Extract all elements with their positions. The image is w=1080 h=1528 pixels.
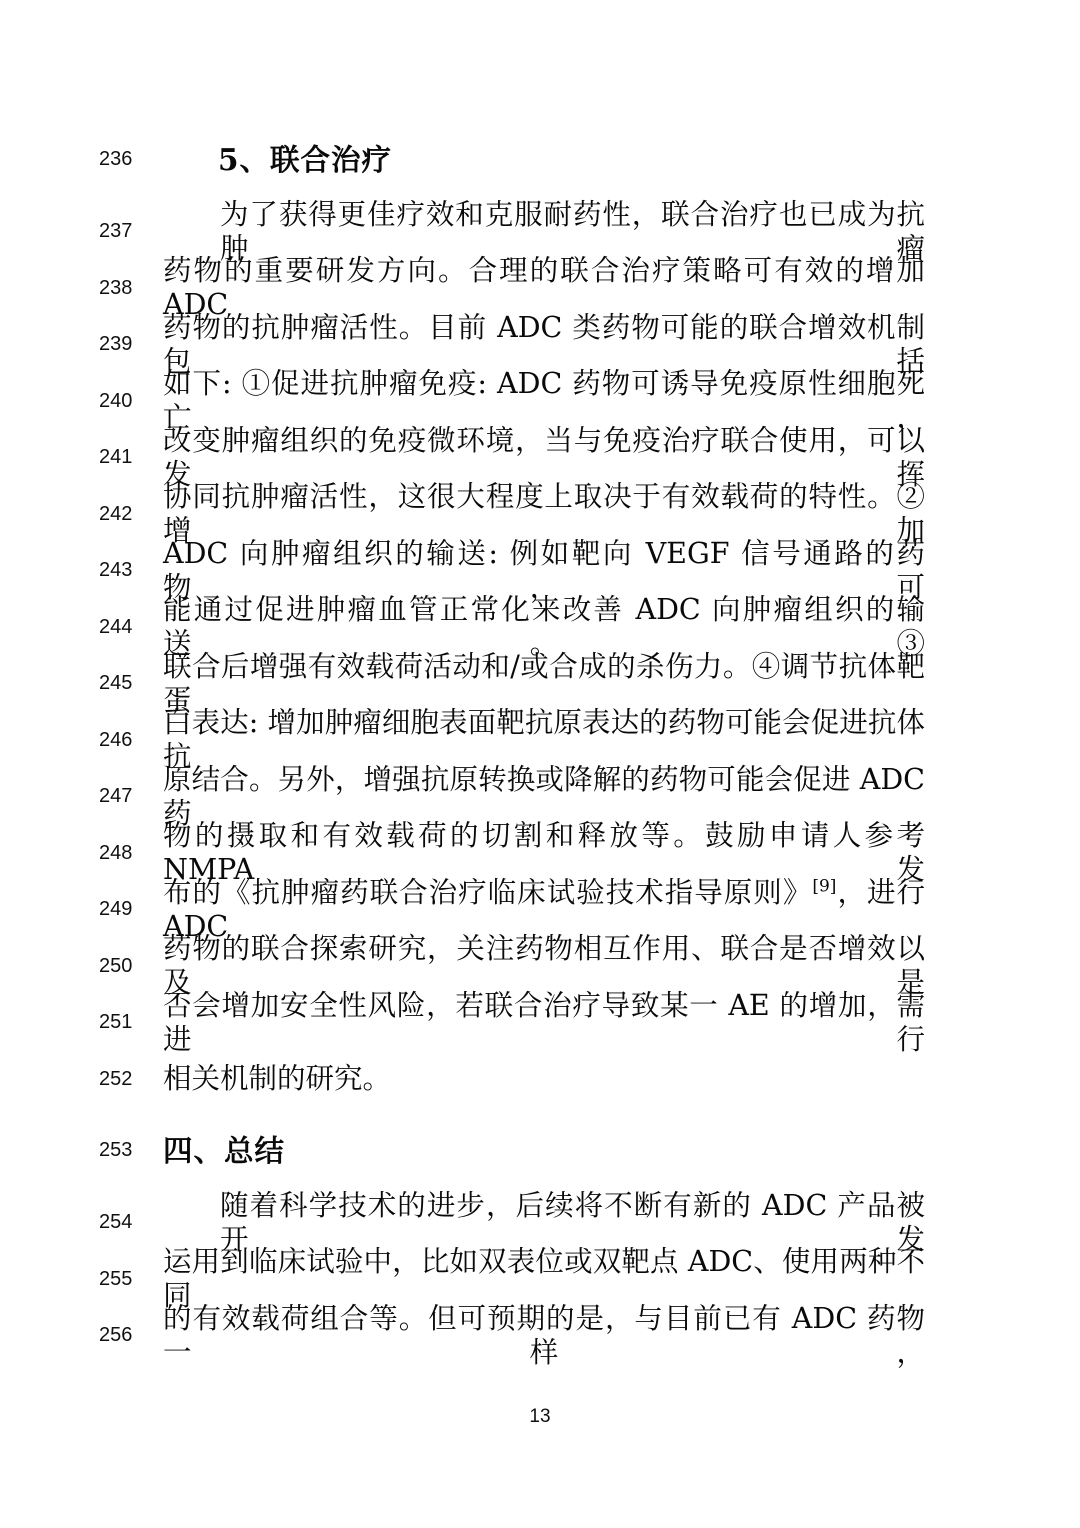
line-number: 237 bbox=[99, 220, 143, 243]
line-number: 256 bbox=[99, 1324, 143, 1347]
section-heading: 5、联合治疗 bbox=[163, 142, 925, 177]
line-number: 248 bbox=[99, 842, 143, 865]
line-number: 243 bbox=[99, 559, 143, 582]
text-line-row: 243 ADC 向肿瘤组织的输送: 例如靶向 VEGF 信号通路的药物，可 bbox=[0, 543, 1080, 600]
line-number: 242 bbox=[99, 503, 143, 526]
line-number: 236 bbox=[99, 148, 143, 171]
line-number: 246 bbox=[99, 729, 143, 752]
section-heading-row: 236 5、联合治疗 bbox=[0, 131, 1080, 188]
text-line-row: 237 为了获得更佳疗效和克服耐药性，联合治疗也已成为抗肿瘤 bbox=[0, 204, 1080, 261]
text-line-row: 252 相关机制的研究。 bbox=[0, 1051, 1080, 1108]
text-line-row: 244 能通过促进肿瘤血管正常化来改善 ADC 向肿瘤组织的输送。③ bbox=[0, 599, 1080, 656]
text-line-row: 238 药物的重要研发方向。合理的联合治疗策略可有效的增加 ADC bbox=[0, 260, 1080, 317]
text-line-row: 242 协同抗肿瘤活性，这很大程度上取决于有效载荷的特性。②增加 bbox=[0, 486, 1080, 543]
text-line-row: 251 否会增加安全性风险，若联合治疗导致某一 AE 的增加，需进行 bbox=[0, 995, 1080, 1052]
text-line-row: 241 改变肿瘤组织的免疫微环境，当与免疫治疗联合使用，可以发挥 bbox=[0, 430, 1080, 487]
line-number: 241 bbox=[99, 446, 143, 469]
body-text: 相关机制的研究。 bbox=[163, 1062, 925, 1096]
text-line-row-with-citation: 249 布的《抗肿瘤药联合治疗临床试验技术指导原则》[9]，进行 ADC bbox=[0, 882, 1080, 939]
line-number: 249 bbox=[99, 898, 143, 921]
text-line-row: 246 白表达: 增加肿瘤细胞表面靶抗原表达的药物可能会促进抗体抗 bbox=[0, 712, 1080, 769]
text-line-row: 248 物的摄取和有效载荷的切割和释放等。鼓励申请人参考 NMPA 发 bbox=[0, 825, 1080, 882]
text-line-row: 254 随着科学技术的进步，后续将不断有新的 ADC 产品被开发 bbox=[0, 1195, 1080, 1252]
line-number: 247 bbox=[99, 785, 143, 808]
line-number: 250 bbox=[99, 955, 143, 978]
text-line-row: 240 如下: ①促进抗肿瘤免疫: ADC 药物可诱导免疫原性细胞死亡， bbox=[0, 373, 1080, 430]
body-text: 的有效载荷组合等。但可预期的是，与目前已有 ADC 药物一样， bbox=[163, 1302, 925, 1370]
text-line-row: 247 原结合。另外，增强抗原转换或降解的药物可能会促进 ADC 药 bbox=[0, 769, 1080, 826]
line-number: 251 bbox=[99, 1011, 143, 1034]
line-number: 254 bbox=[99, 1211, 143, 1234]
body-text-segment: 布的《抗肿瘤药联合治疗临床试验技术指导原则》 bbox=[163, 876, 812, 909]
text-line-row: 239 药物的抗肿瘤活性。目前 ADC 类药物可能的联合增效机制包括 bbox=[0, 317, 1080, 374]
text-line-row: 256 的有效载荷组合等。但可预期的是，与目前已有 ADC 药物一样， bbox=[0, 1308, 1080, 1365]
section-heading: 四、总结 bbox=[163, 1133, 925, 1168]
line-number: 240 bbox=[99, 390, 143, 413]
text-line-row: 255 运用到临床试验中，比如双表位或双靶点 ADC、使用两种不同 bbox=[0, 1251, 1080, 1308]
line-number: 238 bbox=[99, 277, 143, 300]
document-page: 236 5、联合治疗 237 为了获得更佳疗效和克服耐药性，联合治疗也已成为抗肿… bbox=[0, 131, 1080, 1364]
text-line-row: 245 联合后增强有效载荷活动和/或合成的杀伤力。④调节抗体靶蛋 bbox=[0, 656, 1080, 713]
text-line-row: 250 药物的联合探索研究，关注药物相互作用、联合是否增效以及是 bbox=[0, 938, 1080, 995]
line-number: 252 bbox=[99, 1068, 143, 1091]
citation-reference: [9] bbox=[812, 876, 836, 896]
line-number: 255 bbox=[99, 1268, 143, 1291]
section-heading-row: 253 四、总结 bbox=[0, 1123, 1080, 1180]
line-number: 239 bbox=[99, 333, 143, 356]
line-number: 245 bbox=[99, 672, 143, 695]
page-number: 13 bbox=[0, 1406, 1080, 1428]
line-number: 244 bbox=[99, 616, 143, 639]
body-text: 否会增加安全性风险，若联合治疗导致某一 AE 的增加，需进行 bbox=[163, 989, 925, 1057]
line-number: 253 bbox=[99, 1139, 143, 1162]
